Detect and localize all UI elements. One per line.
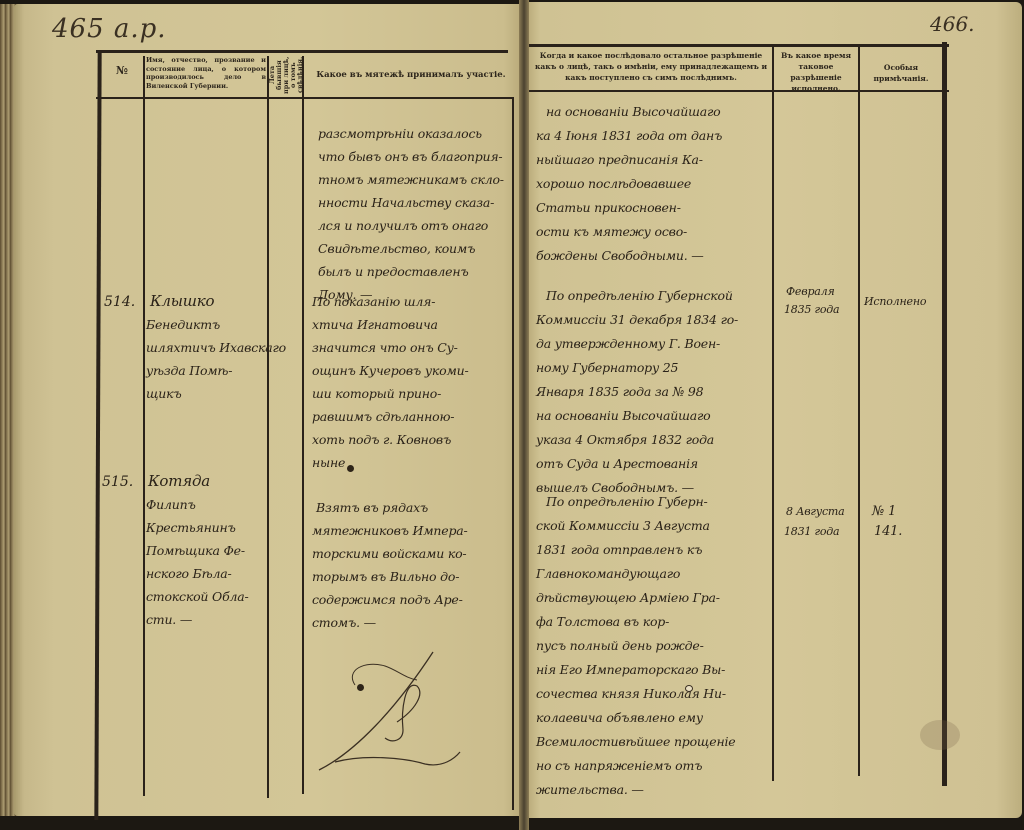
row515-participation-line: содержимся подъ Аре- [312,588,463,611]
header-name: Имя, отчество, прозвание и состояние лиц… [146,56,266,90]
right-folio-number: 466. [930,12,975,36]
row515-name-line: Крестьянинъ [146,516,236,539]
row514-resolution-line: По опредѣленію Губернской [546,284,733,307]
row515-resolution-line: Всемилостивѣйшее прощеніе [536,730,735,753]
row514-participation-line: значится что онъ Су- [312,336,458,359]
row515-participation-line: мятежниковъ Импера- [312,519,468,542]
row514-name-line: Клышко [150,290,214,313]
paper-stain [920,720,960,750]
row515-number: 515. [102,474,133,490]
row515-resolution-line: фа Толстова въ кор- [536,610,669,633]
right-col-rule-1 [772,46,774,781]
left-col-rule-4 [512,98,514,810]
row0-resolution-line: ости къ мятежу осво- [536,220,687,243]
row515-notes-line: 141. [874,520,902,543]
book-gutter [519,0,529,830]
binding-hole [685,685,693,692]
row0-participation-line: Свидѣтельство, коимъ [318,237,475,260]
row514-resolution-line: ному Губернатору 25 [536,356,678,379]
row514-name-line: шляхтичъ Ихавскаго [146,336,286,359]
row514-name-line: щикъ [146,382,182,405]
right-header-top-rule [529,44,949,47]
left-col-rule-3 [302,56,304,794]
row514-name-line: Бенедиктъ [146,313,220,336]
row0-resolution-line: на основаніи Высочайшаго [546,100,720,123]
row514-executed-line: 1835 года [784,298,839,321]
row0-resolution-line: бождены Свободными. — [536,244,704,267]
left-col-rule-1 [143,56,145,796]
header-resolution: Когда и какое послѣдовало остальное разр… [531,50,771,83]
row515-resolution-line: По опредѣленію Губерн- [546,490,708,513]
signature-flourish [305,640,465,780]
row515-resolution-line: 1831 года отправленъ къ [536,538,702,561]
row514-participation-line: ощинъ Кучеровъ укоми- [312,359,469,382]
row515-name-line: Помѣщика Фе- [146,539,245,562]
row515-resolution-line: но съ напряженіемъ отъ [536,754,702,777]
row515-participation-line: торымъ въ Вильно до- [312,565,459,588]
row515-resolution-line: сочества князя Николая Ни- [536,682,726,705]
row514-participation-line: равшимъ сдѣланною- [312,405,454,428]
header-age: Лета бывшія при лицѣ, о томъ свѣдѣнія. [269,54,301,96]
row515-participation-line: торскими войсками ко- [312,542,466,565]
row0-resolution-line: хорошо послѣдовавшее [536,172,691,195]
right-header-bottom-rule [529,90,949,92]
header-participation: Какое въ мятежѣ принималъ участіе. [308,70,514,80]
row515-resolution-line: Главнокомандующаго [536,562,680,585]
row515-name-line: сти. — [146,608,192,631]
row514-participation-line: ши который прино- [312,382,441,405]
header-executed: Въ какое время таковое разрѣшеніе исполн… [774,50,858,94]
row514-resolution-line: Коммиссіи 31 декабря 1834 го- [536,308,738,331]
left-header-top-rule [96,50,508,53]
row0-resolution-line: ныйшаго предписанія Ка- [536,148,703,171]
ledger-spread: 465 a.p. 466. № Имя, отчество, прозвание… [0,0,1024,830]
row515-name-line: нского Бѣла- [146,562,232,585]
row514-participation-line: ныне [312,451,345,474]
row514-name-line: уѣзда Помѣ- [146,359,232,382]
row515-participation-line: Взятъ въ рядахъ [316,496,428,519]
row515-name-line: Филипъ [146,493,196,516]
row515-resolution-line: дѣйствующею Арміею Гра- [536,586,720,609]
row0-participation-line: лся и получилъ отъ онаго [318,214,488,237]
row515-executed-line: 1831 года [784,520,839,543]
header-notes: Особыя примѣчанія. [861,62,941,84]
row514-participation-line: хоть подъ г. Ковновъ [312,428,451,451]
row515-participation-line: стомъ. — [312,611,376,634]
row515-resolution-line: ской Коммиссіи 3 Августа [536,514,710,537]
right-col-rule-2 [858,46,860,776]
binding-hole [347,465,354,472]
row515-resolution-line: жительства. — [536,778,644,801]
row514-notes: Исполнено [864,290,926,313]
left-col-rule-2 [267,56,269,798]
row515-name-line: стокской Обла- [146,585,249,608]
row0-participation-line: разсмотрѣніи оказалось [318,122,482,145]
row514-resolution-line: Января 1835 года за № 98 [536,380,703,403]
row514-number: 514. [104,294,135,310]
row514-resolution-line: отъ Суда и Арестованія [536,452,698,475]
row515-resolution-line: пусъ полный день рожде- [536,634,704,657]
row0-resolution-line: Статьи прикосновен- [536,196,681,219]
row515-resolution-line: нія Его Императорскаго Вы- [536,658,725,681]
row514-resolution-line: да утвержденному Г. Воен- [536,332,720,355]
row0-participation-line: нности Начальству сказа- [318,191,494,214]
row0-participation-line: что бывъ онъ въ благоприя- [318,145,502,168]
row0-participation-line: тномъ мятежникамъ скло- [318,168,504,191]
row514-participation-line: хтича Игнатовича [312,313,438,336]
row514-participation-line: По показанію шля- [312,290,435,313]
row514-resolution-line: указа 4 Октября 1832 года [536,428,714,451]
left-header-bottom-rule [96,97,514,99]
row515-name-line: Котяда [148,470,210,493]
row514-resolution-line: на основаніи Высочайшаго [536,404,710,427]
row515-resolution-line: колаевича объявлено ему [536,706,703,729]
left-folio-number: 465 a.p. [52,14,167,44]
row0-resolution-line: ка 4 Іюня 1831 года от данъ [536,124,722,147]
right-outer-rule [942,42,947,786]
header-number: № [104,66,140,76]
row0-participation-line: былъ и предоставленъ [318,260,469,283]
